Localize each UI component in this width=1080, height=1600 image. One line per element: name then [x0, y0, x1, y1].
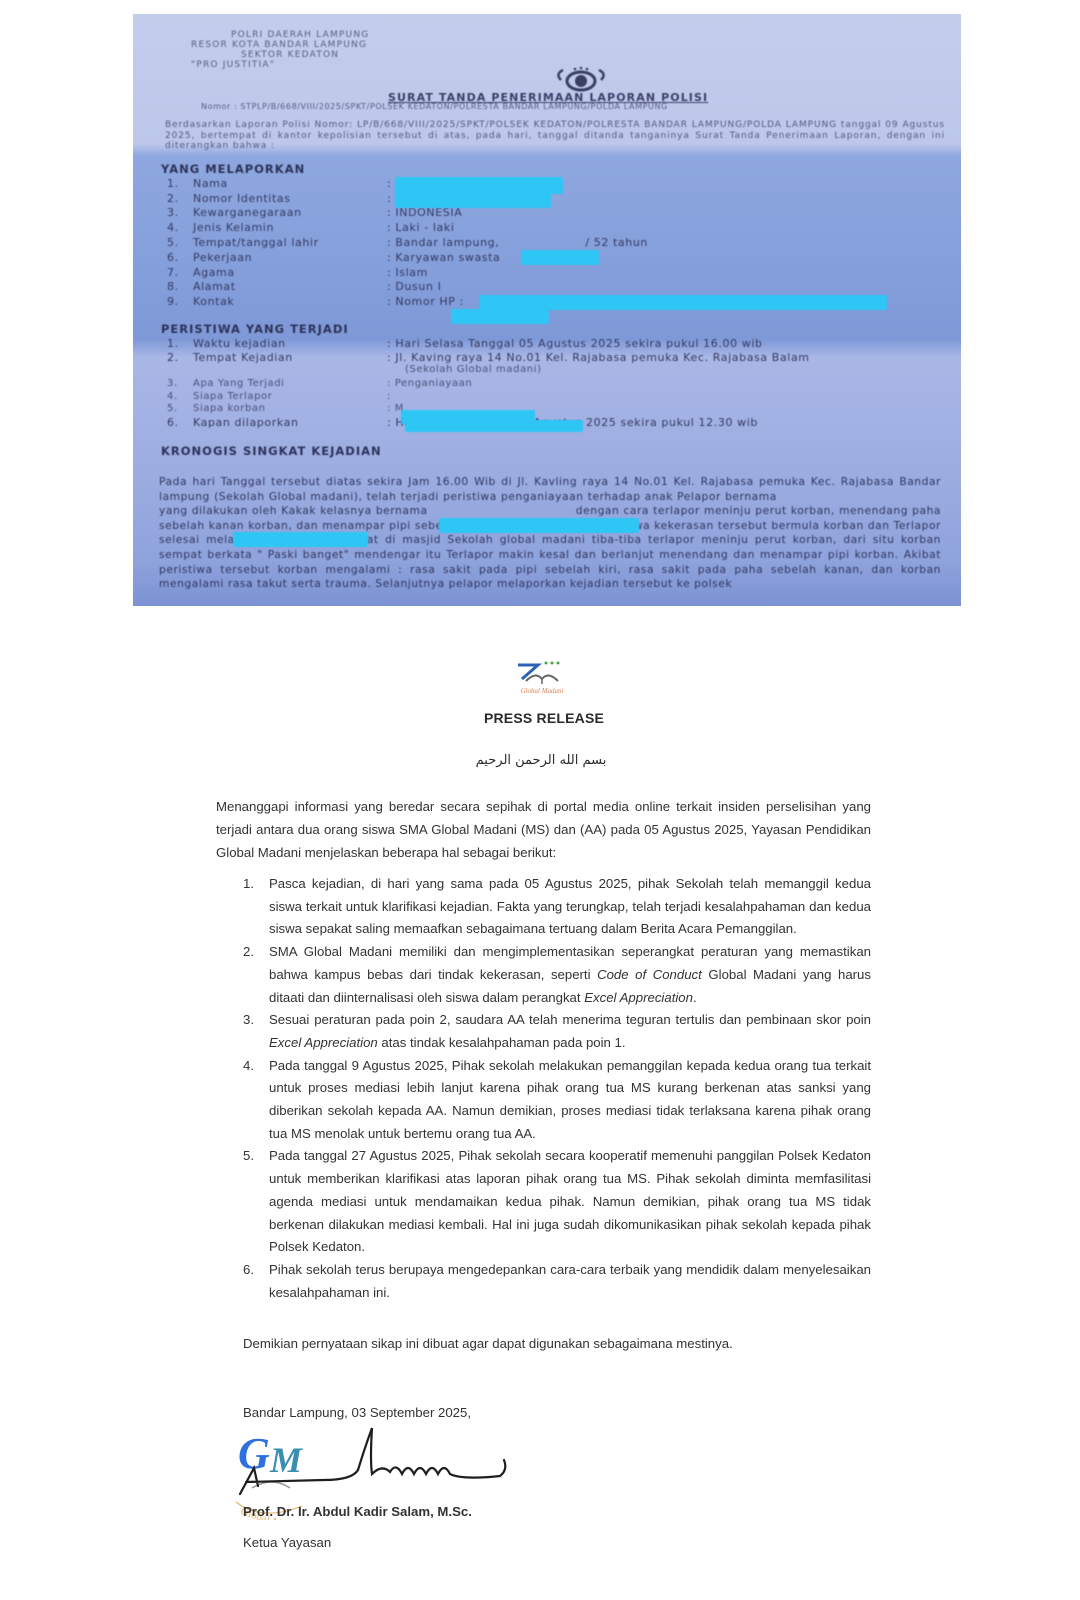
field-label: Nama: [193, 177, 387, 190]
report-field-row: 3.Kewarganegaraan: INDONESIA: [167, 206, 462, 220]
field-value: : Penganiayaan: [387, 378, 472, 389]
field-label: Jenis Kelamin: [193, 221, 387, 234]
police-report-photo: POLRI DAERAH LAMPUNG RESOR KOTA BANDAR L…: [133, 14, 961, 606]
redaction-victim: [405, 420, 583, 432]
header-line: POLRI DAERAH LAMPUNG: [191, 30, 369, 40]
point-text: atas tindak kesalahpahaman pada poin 1.: [378, 1035, 626, 1050]
report-field-row: 9.Kontak: Nomor HP :: [167, 295, 464, 309]
field-value: : Nomor HP :: [387, 295, 464, 308]
report-field-row: 1.Nama:: [167, 177, 391, 191]
redaction-perpetrator-name: [233, 532, 368, 547]
field-number: 5.: [167, 236, 193, 249]
field-value: :: [387, 192, 391, 205]
field-number: 6.: [167, 416, 193, 429]
field-label: Apa Yang Terjadi: [193, 378, 387, 389]
field-number: 2.: [167, 351, 193, 364]
report-header: POLRI DAERAH LAMPUNG RESOR KOTA BANDAR L…: [191, 30, 369, 70]
point-number: 1.: [243, 873, 254, 896]
field-value: : Laki - laki: [387, 221, 454, 234]
point-text: Sesuai peraturan pada poin 2, saudara AA…: [269, 1012, 871, 1027]
incident-section-title: PERISTIWA YANG TERJADI: [161, 322, 349, 336]
field-number: 7.: [167, 266, 193, 279]
reporter-section-title: YANG MELAPORKAN: [161, 162, 305, 176]
field-suffix: / 52 tahun: [585, 236, 648, 249]
report-field-row-continued: (Sekolah Global madani): [405, 364, 542, 378]
field-value: :: [387, 177, 391, 190]
point-text: .: [693, 990, 697, 1005]
field-value: (Sekolah Global madani): [405, 364, 542, 375]
field-value: : Karyawan swasta: [387, 251, 500, 264]
field-number: 3.: [167, 206, 193, 219]
field-number: 9.: [167, 295, 193, 308]
report-field-row: 5.Siapa korban: M: [167, 403, 404, 417]
chronology-part: Pada hari Tanggal tersebut diatas sekira…: [159, 475, 941, 503]
point-item: 3.Sesuai peraturan pada poin 2, saudara …: [243, 1009, 871, 1054]
redaction-id: [395, 192, 551, 208]
chronology-part: yang dilakukan oleh Kakak kelasnya berna…: [159, 504, 428, 517]
report-field-row: 2.Nomor Identitas:: [167, 192, 391, 206]
field-value: :: [387, 391, 391, 402]
header-line: RESOR KOTA BANDAR LAMPUNG: [191, 40, 369, 50]
field-number: 2.: [167, 192, 193, 205]
report-field-row: 3.Apa Yang Terjadi: Penganiayaan: [167, 378, 472, 392]
field-number: 8.: [167, 280, 193, 293]
field-number: 4.: [167, 391, 193, 402]
point-text: Pada tanggal 9 Agustus 2025, Pihak sekol…: [269, 1058, 871, 1141]
point-item: 4.Pada tanggal 9 Agustus 2025, Pihak sek…: [243, 1055, 871, 1146]
point-item: 6.Pihak sekolah terus berupaya mengedepa…: [243, 1259, 871, 1304]
header-line: SEKTOR KEDATON: [191, 50, 369, 60]
field-number: 6.: [167, 251, 193, 264]
field-label: Agama: [193, 266, 387, 279]
press-release-title: PRESS RELEASE: [0, 710, 1080, 726]
point-text: Pada tanggal 27 Agustus 2025, Pihak seko…: [269, 1148, 871, 1254]
point-item: 2.SMA Global Madani memiliki dan mengimp…: [243, 941, 871, 1009]
press-release-lead: Menanggapi informasi yang beredar secara…: [216, 795, 871, 864]
report-field-row: 6.Pekerjaan: Karyawan swasta: [167, 251, 500, 265]
press-release-points: 1.Pasca kejadian, di hari yang sama pada…: [243, 873, 871, 1304]
report-number: Nomor : STPLP/B/668/VIII/2025/SPKT/POLSE…: [201, 102, 668, 111]
point-italic: Excel Appreciation: [584, 990, 693, 1005]
redaction-address: [479, 295, 887, 310]
point-italic: Code of Conduct: [597, 967, 702, 982]
report-field-row: 5.Tempat/tanggal lahir: Bandar lampung,/…: [167, 236, 648, 250]
police-emblem-icon: [551, 66, 611, 92]
field-label: Kapan dilaporkan: [193, 416, 387, 429]
redaction-child-name: [439, 518, 639, 533]
field-value: : Bandar lampung,: [387, 236, 499, 249]
field-number: 5.: [167, 403, 193, 414]
report-field-row: 4.Jenis Kelamin: Laki - laki: [167, 221, 454, 235]
field-label: Tempat Kejadian: [193, 351, 387, 364]
point-number: 3.: [243, 1009, 254, 1032]
point-text: Pasca kejadian, di hari yang sama pada 0…: [269, 876, 871, 936]
field-label: Kontak: [193, 295, 387, 308]
field-label: Alamat: [193, 280, 387, 293]
field-label: Siapa Terlapor: [193, 391, 387, 402]
closing-statement: Demikian pernyataan sikap ini dibuat aga…: [243, 1336, 733, 1351]
field-label: Nomor Identitas: [193, 192, 387, 205]
redaction-birthdate: [521, 250, 599, 265]
point-number: 6.: [243, 1259, 254, 1282]
svg-text:M: M: [269, 1440, 304, 1480]
field-label: Waktu kejadian: [193, 337, 387, 350]
report-field-row: 2.Tempat Kejadian: Jl. Kaving raya 14 No…: [167, 351, 810, 365]
point-number: 2.: [243, 941, 254, 964]
field-number: 4.: [167, 221, 193, 234]
field-value: : Dusun I: [387, 280, 441, 293]
point-number: 4.: [243, 1055, 254, 1078]
field-number: 1.: [167, 177, 193, 190]
point-number: 5.: [243, 1145, 254, 1168]
signer-role: Ketua Yayasan: [243, 1535, 331, 1550]
report-field-row: 8.Alamat: Dusun I: [167, 280, 441, 294]
report-field-row: 7.Agama: Islam: [167, 266, 428, 280]
field-label: Kewarganegaraan: [193, 206, 387, 219]
field-label: Pekerjaan: [193, 251, 387, 264]
report-intro: Berdasarkan Laporan Polisi Nomor: LP/B/6…: [165, 120, 945, 152]
field-label: Siapa korban: [193, 403, 387, 414]
field-number: 3.: [167, 378, 193, 389]
field-label: Tempat/tanggal lahir: [193, 236, 387, 249]
redaction-phone: [451, 309, 549, 324]
chronology-title: KRONOGIS SINGKAT KEJADIAN: [161, 444, 382, 458]
field-value: : Hari Selasa Tanggal 05 Agustus 2025 se…: [387, 337, 763, 350]
field-value: : Islam: [387, 266, 428, 279]
field-value: : Jl. Kaving raya 14 No.01 Kel. Rajabasa…: [387, 351, 810, 364]
header-line: "PRO JUSTITIA": [191, 60, 369, 70]
point-item: 5.Pada tanggal 27 Agustus 2025, Pihak se…: [243, 1145, 871, 1259]
signer-name: Prof. Dr. Ir. Abdul Kadir Salam, M.Sc.: [243, 1504, 472, 1519]
report-field-row: 1.Waktu kejadian: Hari Selasa Tanggal 05…: [167, 337, 763, 351]
svg-text:Global Madani: Global Madani: [521, 687, 564, 695]
point-item: 1.Pasca kejadian, di hari yang sama pada…: [243, 873, 871, 941]
basmalah: بسم الله الرحمن الرحيم: [0, 753, 1080, 768]
global-madani-logo-icon: Global Madani: [510, 657, 574, 697]
field-number: 1.: [167, 337, 193, 350]
point-italic: Excel Appreciation: [269, 1035, 378, 1050]
point-text: Pihak sekolah terus berupaya mengedepank…: [269, 1262, 871, 1300]
